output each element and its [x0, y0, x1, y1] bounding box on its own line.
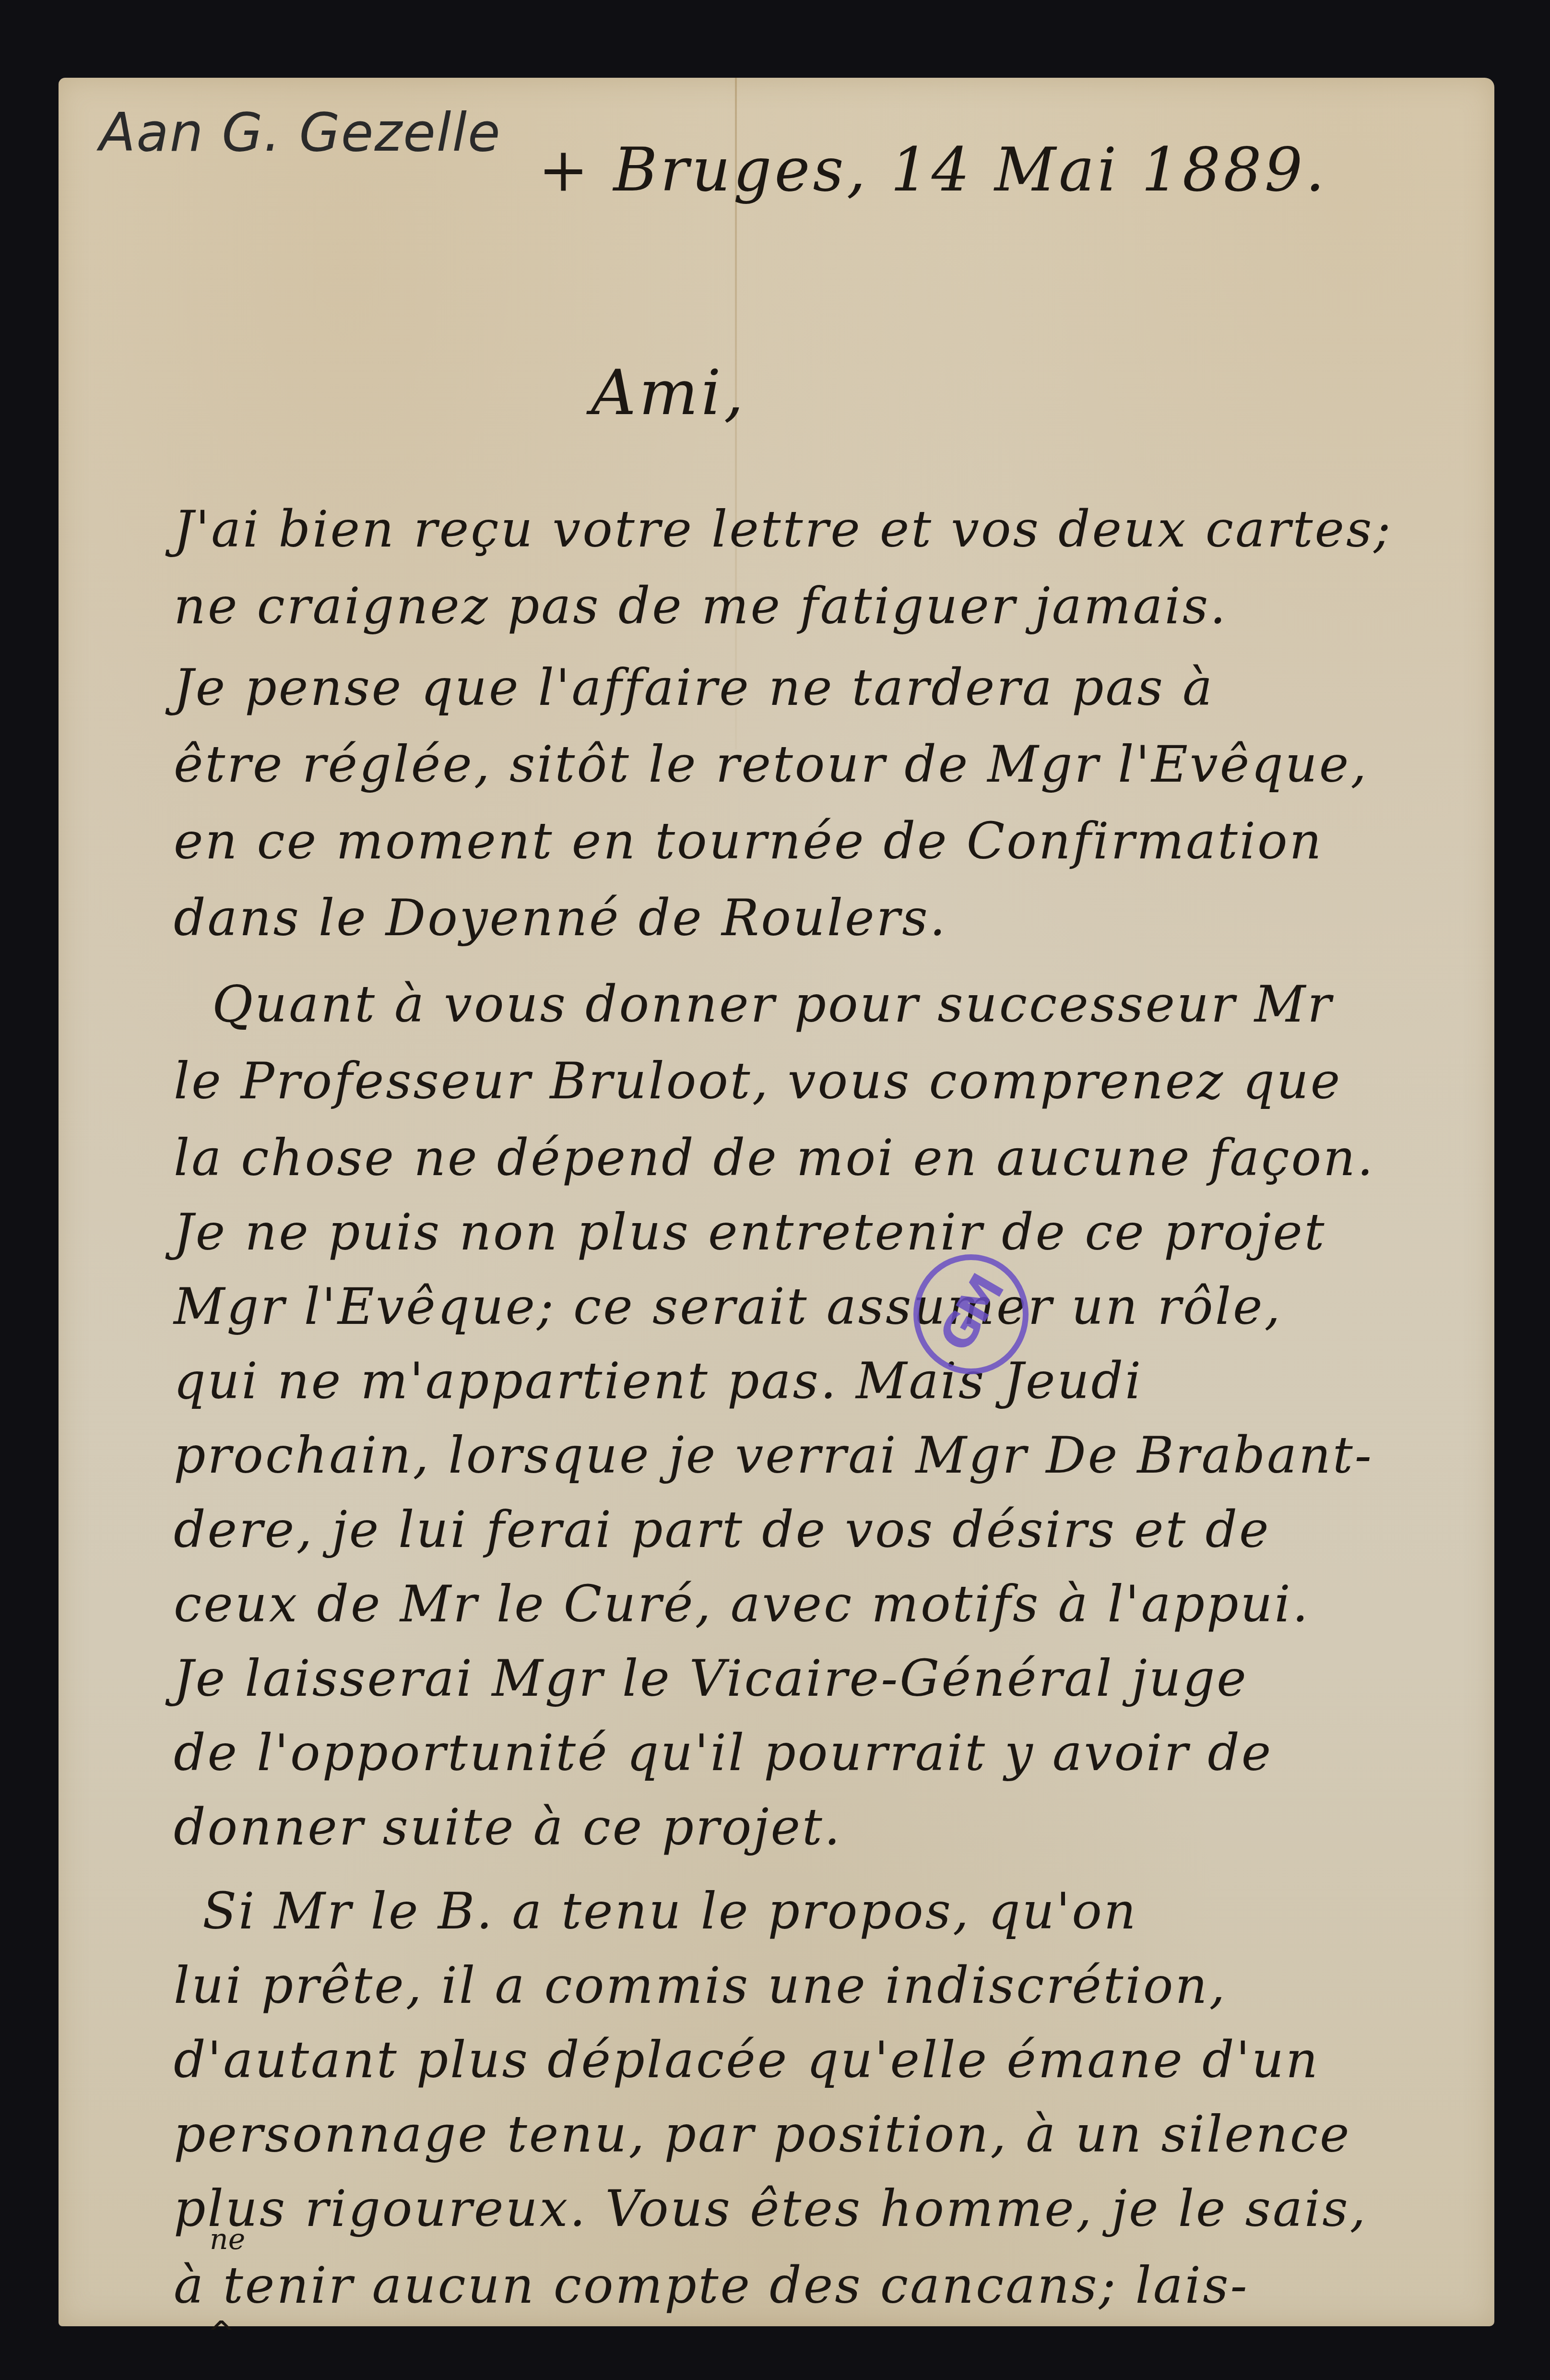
body-line: plus rigoureux. Vous êtes homme, je le s…: [174, 2179, 1368, 2238]
letter-page: Aan G. Gezelle + Bruges, 14 Mai 1889. Am…: [59, 78, 1494, 2326]
body-line: Quant à vous donner pour successeur Mr: [212, 975, 1333, 1034]
body-line: être réglée, sitôt le retour de Mgr l'Ev…: [174, 735, 1368, 794]
insertion-caret-icon: ^: [207, 2314, 236, 2353]
body-line: ceux de Mr le Curé, avec motifs à l'appu…: [174, 1575, 1310, 1633]
body-line: en ce moment en tournée de Confirmation: [174, 812, 1324, 870]
archival-annotation: Aan G. Gezelle: [99, 102, 501, 163]
body-line: Si Mr le B. a tenu le propos, qu'on: [202, 1882, 1138, 1940]
body-line: le Professeur Bruloot, vous comprenez qu…: [174, 1052, 1342, 1110]
body-line: dere, je lui ferai part de vos désirs et…: [174, 1500, 1271, 1559]
body-line: donner suite à ce projet.: [174, 1798, 842, 1856]
body-line: à tenir aucun compte des cancans; lais-: [174, 2256, 1249, 2315]
body-line: la chose ne dépend de moi en aucune faço…: [174, 1129, 1375, 1187]
body-line: Je laisserai Mgr le Vicaire-Général juge: [174, 1649, 1248, 1708]
body-line: d'autant plus déplacée qu'elle émane d'u…: [174, 2031, 1320, 2089]
body-line: Mgr l'Evêque; ce serait assumer un rôle,: [174, 1277, 1282, 1336]
body-line: Je pense que l'affaire ne tardera pas à: [174, 658, 1214, 717]
dateline: + Bruges, 14 Mai 1889.: [538, 135, 1327, 205]
collection-stamp: GM: [913, 1254, 1029, 1374]
body-line: prochain, lorsque je verrai Mgr De Braba…: [174, 1426, 1373, 1485]
salutation: Ami,: [591, 356, 746, 429]
body-line: ne craignez pas de me fatiguer jamais.: [174, 577, 1228, 635]
body-line: personnage tenu, par position, à un sile…: [174, 2105, 1351, 2164]
body-line: J'ai bien reçu votre lettre et vos deux …: [174, 500, 1393, 559]
interlinear-insertion: ne: [210, 2223, 245, 2256]
body-line: de l'opportunité qu'il pourrait y avoir …: [174, 1724, 1273, 1782]
body-line: lui prête, il a commis une indiscrétion,: [174, 1956, 1227, 2015]
body-line: dans le Doyenné de Roulers.: [174, 889, 947, 947]
body-line: Je ne puis non plus entretenir de ce pro…: [174, 1203, 1326, 1261]
